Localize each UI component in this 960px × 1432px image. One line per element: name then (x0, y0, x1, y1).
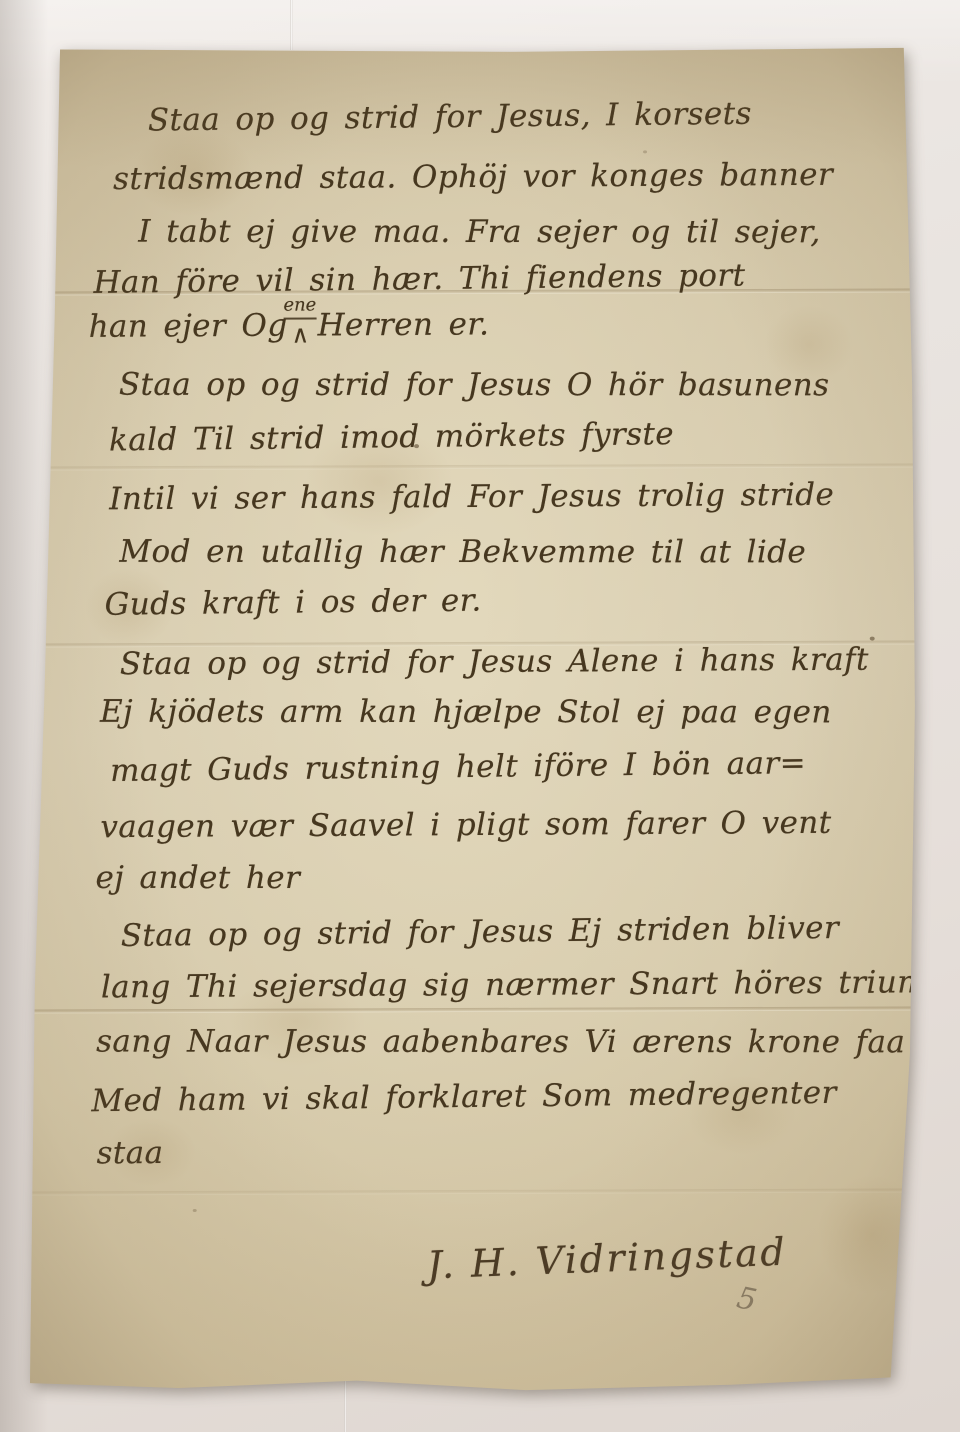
letter-paper-shadow: Staa op og strid for Jesus, I korsets st… (0, 0, 960, 1432)
handwriting-line: magt Guds rustning helt iföre I bön aar= (110, 746, 806, 790)
handwriting-line: Guds kraft i os der er. (104, 583, 481, 623)
handwriting-line: ej andet her (96, 861, 301, 897)
handwriting-line: lang Thi sejersdag sig nærmer Snart höre… (101, 965, 960, 1006)
inserted-word: ene (283, 295, 316, 319)
insertion: ∧ene (288, 325, 318, 335)
handwriting-line: kald Til strid imod mörkets fyrste (109, 417, 674, 459)
fold-crease (26, 1006, 916, 1013)
line-suffix: Herren er. (317, 306, 489, 343)
handwriting-line: Intil vi ser hans fald For Jesus trolig … (109, 478, 834, 518)
handwriting-line: Staa op og strid for Jesus, I korsets (148, 97, 752, 139)
fold-crease (27, 1188, 917, 1195)
ink-speck (193, 1209, 197, 1212)
handwriting-line: staa (96, 1136, 163, 1172)
handwriting-line: Ej kjödets arm kan hjælpe Stol ej paa eg… (100, 695, 832, 731)
ink-speck (870, 637, 875, 641)
fold-crease (24, 463, 914, 470)
handwriting-line: Staa op og strid for Jesus O hör basunen… (119, 368, 830, 404)
line-prefix: han ejer Og (89, 308, 288, 345)
handwriting-line: Han före vil sin hær. Thi fiendens port (93, 258, 745, 301)
ink-speck (643, 150, 647, 153)
caret-insertion-mark: ∧ (292, 322, 310, 350)
handwriting-line: Staa op og strid for Jesus Ej striden bl… (121, 911, 840, 955)
paper-stain (817, 1174, 927, 1294)
photo-of-handwritten-letter: Staa op og strid for Jesus, I korsets st… (0, 0, 960, 1432)
handwriting-line: Mod en utallig hær Bekvemme til at lide (119, 535, 806, 571)
handwriting-line: I tabt ej give maa. Fra sejer og til sej… (138, 215, 820, 251)
handwriting-line: Med ham vi skal forklaret Som medregente… (91, 1076, 837, 1120)
letter-paper: Staa op og strid for Jesus, I korsets st… (23, 44, 918, 1392)
handwriting-line: stridsmænd staa. Ophöj vor konges banner (113, 158, 833, 198)
handwriting-line: Staa op og strid for Jesus Alene i hans … (120, 643, 869, 683)
pencil-mark: 5 (734, 1283, 759, 1316)
handwriting-line: sang Naar Jesus aabenbares Vi ærens kron… (96, 1025, 905, 1061)
handwriting-line-with-insertion: han ejer Og∧eneHerren er. (89, 307, 490, 345)
signature: J. H. Vidringstad (426, 1233, 788, 1285)
handwriting-line: vaagen vær Saavel i pligt som farer O ve… (100, 806, 831, 846)
